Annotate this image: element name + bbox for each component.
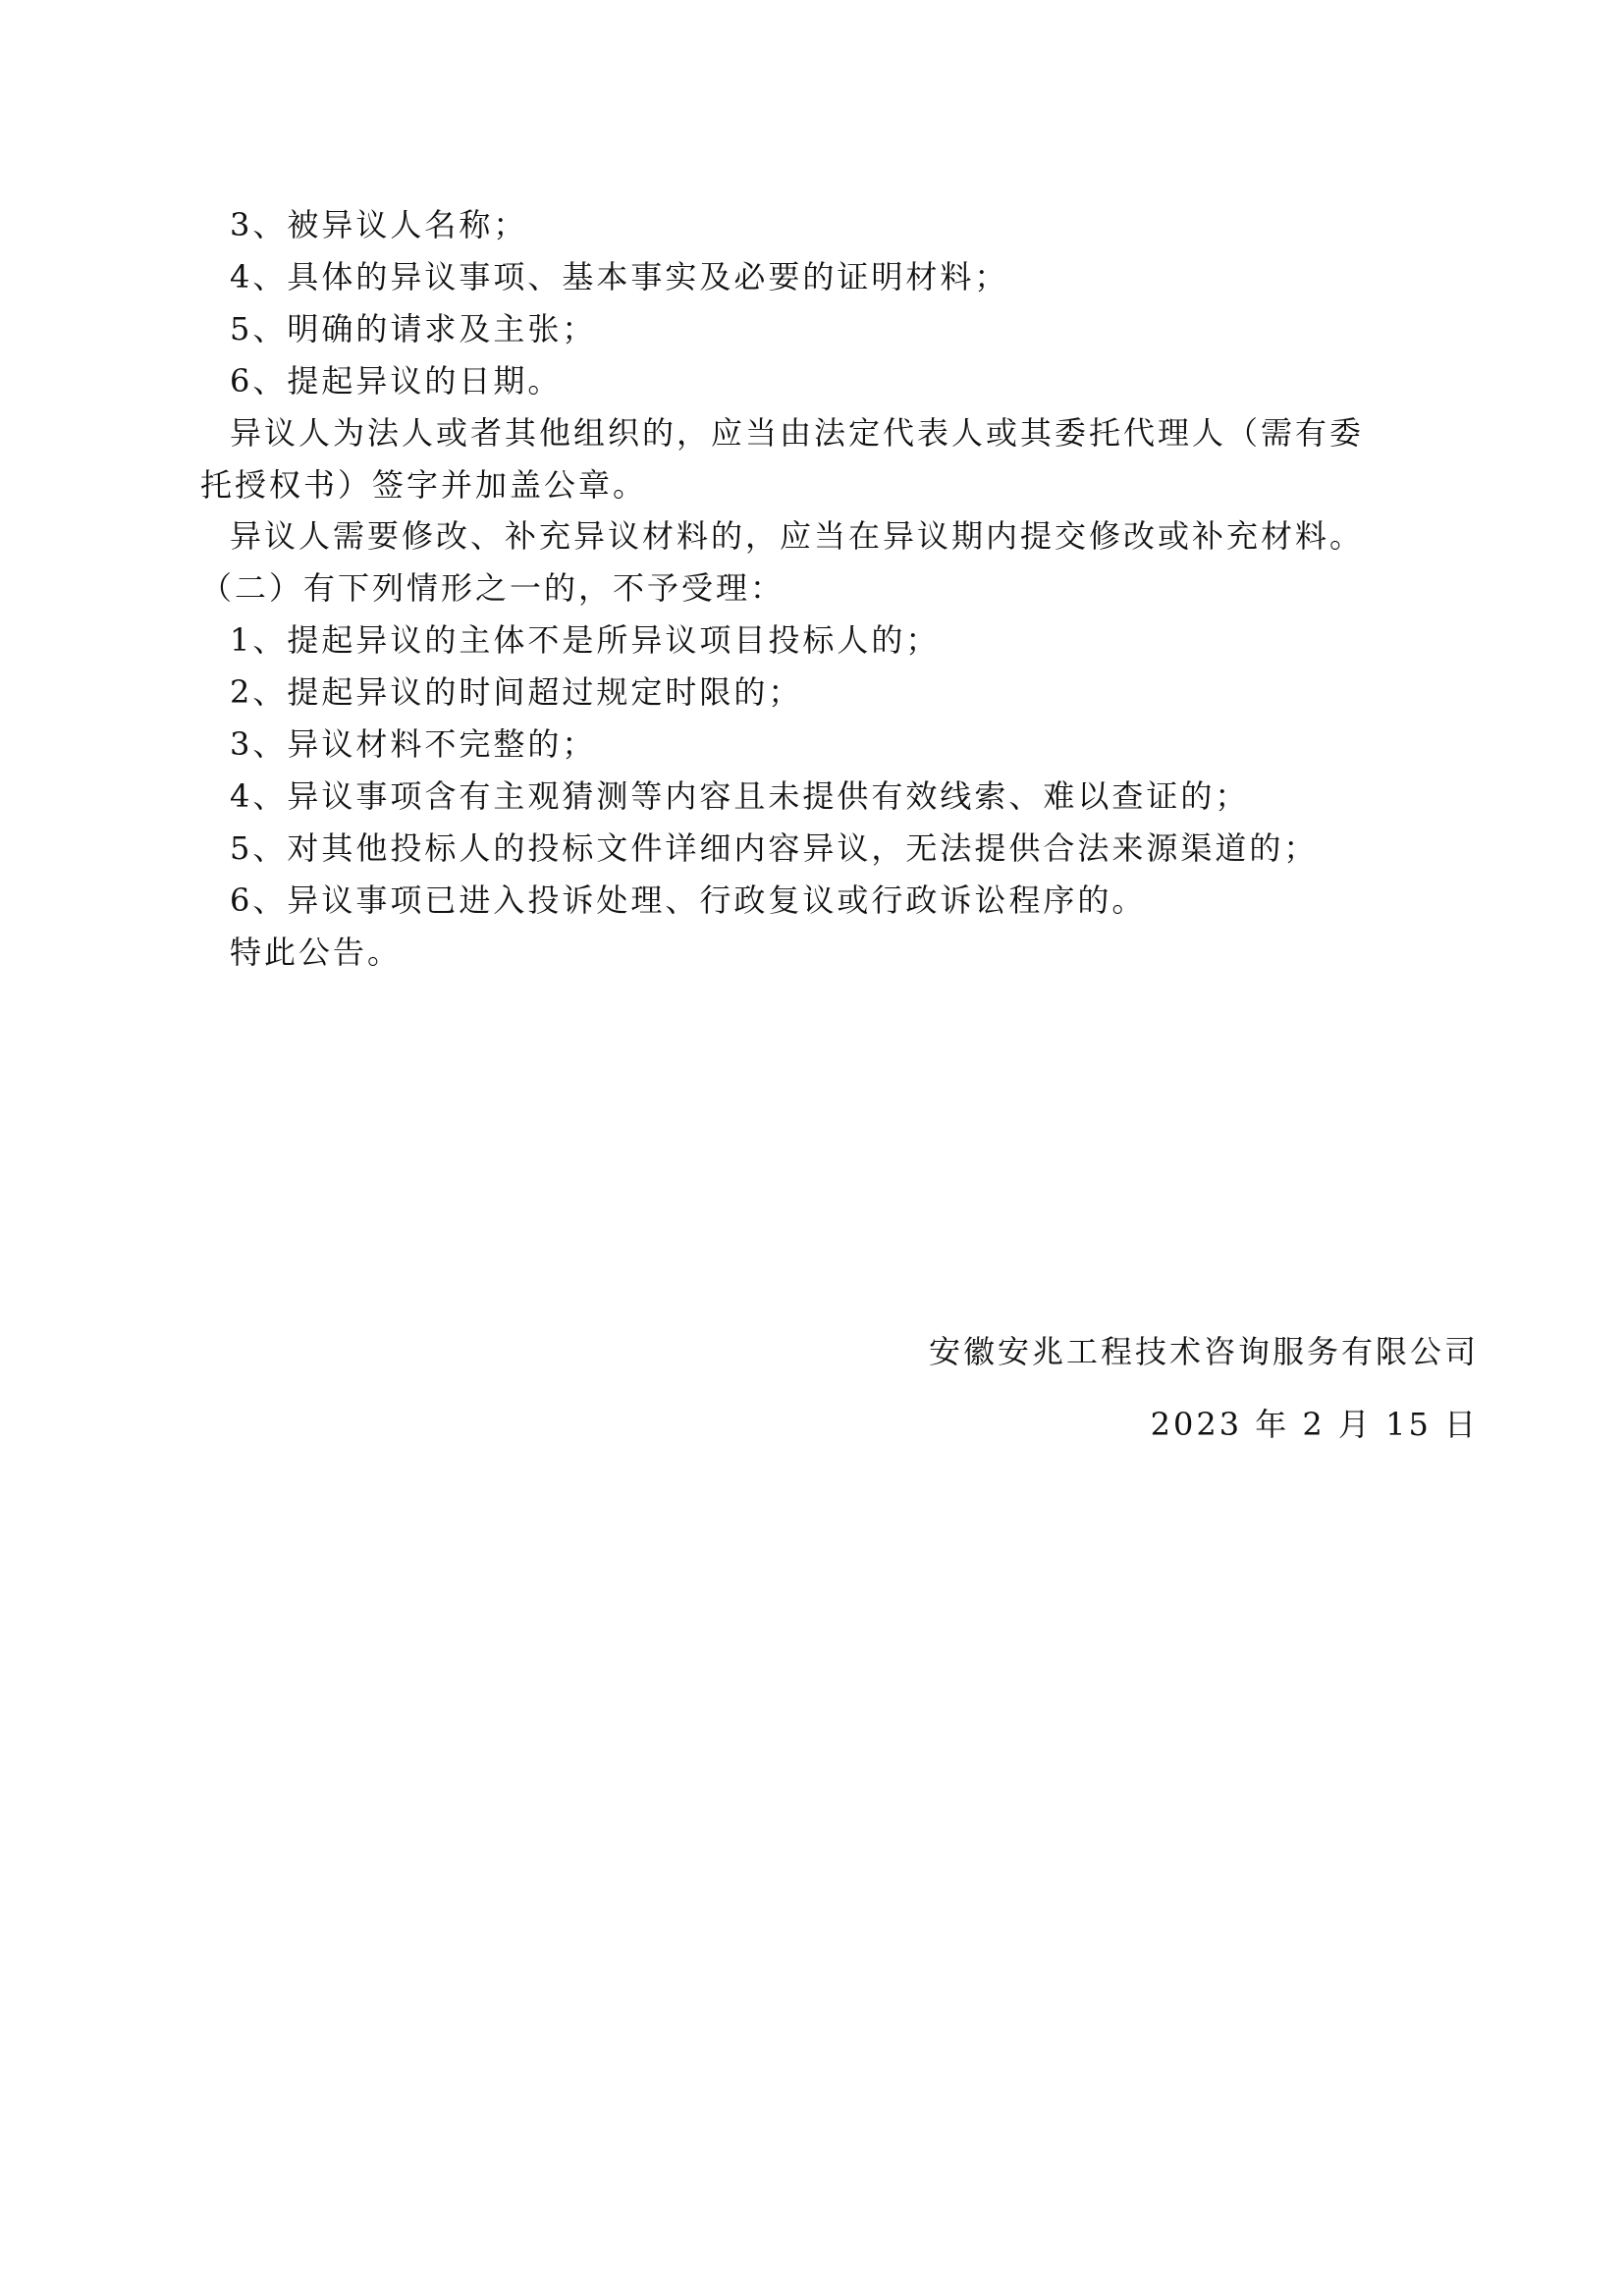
paragraph-legal-entity-line2: 托授权书）签字并加盖公章。: [200, 459, 1477, 511]
list-item: 3、异议材料不完整的；: [200, 719, 1477, 771]
document-body: 3、被异议人名称； 4、具体的异议事项、基本事实及必要的证明材料； 5、明确的请…: [200, 199, 1477, 979]
list-item: 5、对其他投标人的投标文件详细内容异议，无法提供合法来源渠道的；: [200, 823, 1477, 875]
list-item: 1、提起异议的主体不是所异议项目投标人的；: [200, 614, 1477, 667]
list-item: 3、被异议人名称；: [200, 199, 1477, 251]
closing-statement: 特此公告。: [200, 927, 1477, 979]
paragraph-legal-entity-line1: 异议人为法人或者其他组织的，应当由法定代表人或其委托代理人（需有委: [200, 407, 1477, 459]
list-item: 6、提起异议的日期。: [200, 355, 1477, 407]
signature-date: 2023 年 2 月 15 日: [929, 1388, 1479, 1461]
company-name: 安徽安兆工程技术咨询服务有限公司: [929, 1315, 1479, 1388]
document-page: 3、被异议人名称； 4、具体的异议事项、基本事实及必要的证明材料； 5、明确的请…: [0, 0, 1624, 2296]
list-item: 6、异议事项已进入投诉处理、行政复议或行政诉讼程序的。: [200, 875, 1477, 927]
signature-block: 安徽安兆工程技术咨询服务有限公司 2023 年 2 月 15 日: [929, 1315, 1479, 1461]
list-item: 4、具体的异议事项、基本事实及必要的证明材料；: [200, 251, 1477, 303]
paragraph-amendment: 异议人需要修改、补充异议材料的，应当在异议期内提交修改或补充材料。: [200, 510, 1477, 562]
list-item: 2、提起异议的时间超过规定时限的；: [200, 667, 1477, 719]
list-item: 4、异议事项含有主观猜测等内容且未提供有效线索、难以查证的；: [200, 771, 1477, 823]
list-item: 5、明确的请求及主张；: [200, 303, 1477, 355]
section-two-heading: （二）有下列情形之一的，不予受理：: [200, 562, 1477, 614]
